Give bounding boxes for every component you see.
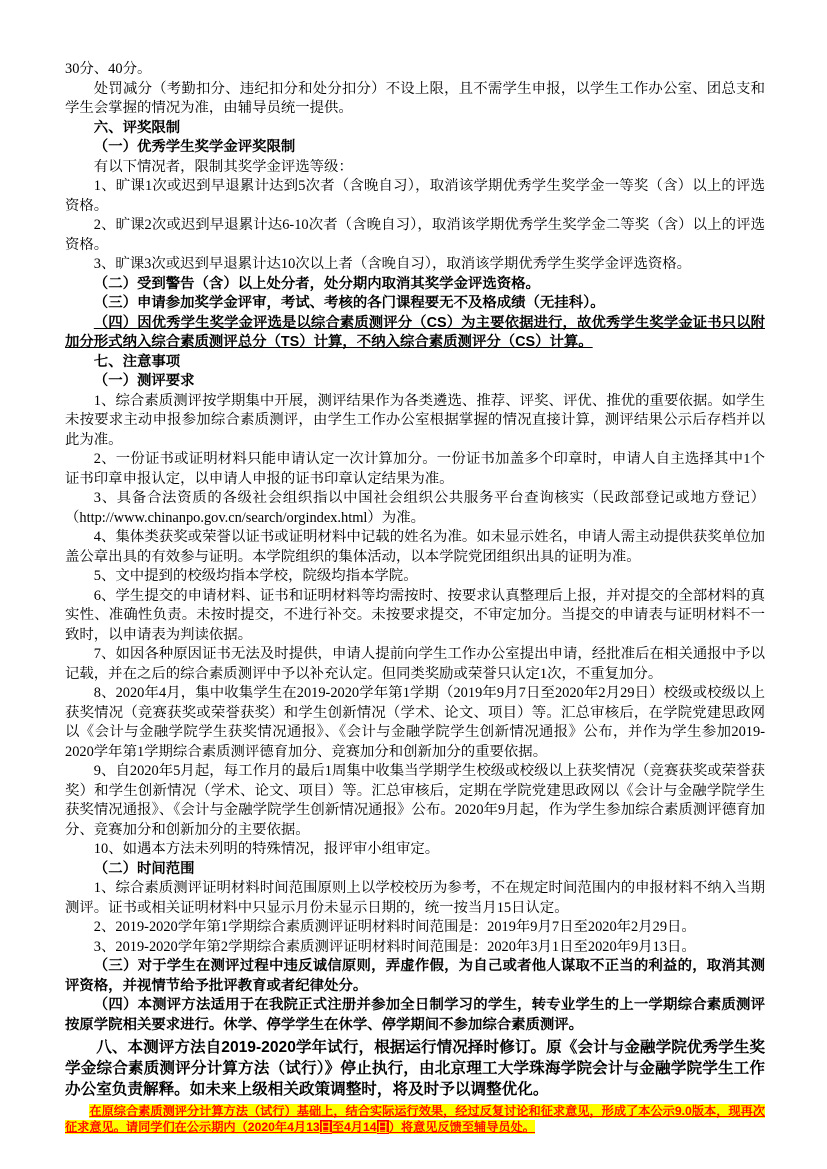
para-score-values: 30分、40分。	[65, 60, 765, 80]
para-note-8: 8、2020年4月，集中收集学生在2019-2020学年第1学期（2019年9月…	[65, 684, 765, 762]
para-applicability: （四）本测评方法适用于在我院正式注册并参加全日制学习的学生，转专业学生的上一学期…	[65, 996, 765, 1035]
para-time-3: 3、2019-2020学年第2学期综合素质测评证明材料时间范围是：2020年3月…	[65, 938, 765, 958]
notice-text-part2: 至4月14	[332, 1120, 377, 1134]
para-note-5: 5、文中提到的校级均指本学校，院级均指本学院。	[65, 567, 765, 587]
para-note-10: 10、如遇本方法未列明的特殊情况，报评审小组审定。	[65, 840, 765, 860]
para-cs-basis: （四）因优秀学生奖学金评选是以综合素质测评分（CS）为主要依据进行，故优秀学生奖…	[65, 314, 765, 353]
heading-notes: 七、注意事项	[65, 353, 765, 373]
para-note-9: 9、自2020年5月起，每工作月的最后1周集中收集当学期学生校级或校级以上获奖情…	[65, 762, 765, 840]
para-note-4: 4、集体类获奖或荣誉以证书或证明材料中记载的姓名为准。如未显示姓名，申请人需主动…	[65, 528, 765, 567]
heading-time-range: （二）时间范围	[65, 860, 765, 880]
para-note-3: 3、具备合法资质的各级社会组织指以中国社会组织公共服务平台查询核实（民政部登记或…	[65, 489, 765, 528]
para-restriction-1: 1、旷课1次或迟到早退累计达到5次者（含晚自习），取消该学期优秀学生奖学金一等奖…	[65, 177, 765, 216]
para-no-failed-courses: （三）申请参加奖学金评审，考试、考核的各门课程要无不及格成绩（无挂科）。	[65, 294, 765, 314]
para-note-6: 6、学生提交的申请材料、证书和证明材料等均需按时、按要求认真整理后上报，并对提交…	[65, 587, 765, 646]
para-time-2: 2、2019-2020学年第1学期综合素质测评证明材料时间范围是：2019年9月…	[65, 918, 765, 938]
heading-scholarship-restrictions: （一）优秀学生奖学金评奖限制	[65, 138, 765, 158]
para-restriction-3: 3、旷课3次或迟到早退累计达10次以上者（含晚自习），取消该学期优秀学生奖学金评…	[65, 255, 765, 275]
para-restriction-intro: 有以下情况者，限制其奖学金评选等级：	[65, 158, 765, 178]
heading-award-restrictions: 六、评奖限制	[65, 119, 765, 139]
para-restriction-2: 2、旷课2次或迟到早退累计达6-10次者（含晚自习），取消该学期优秀学生奖学金二…	[65, 216, 765, 255]
notice-text-part3: ）将意见反馈至辅导员处。	[389, 1120, 535, 1134]
para-note-7: 7、如因各种原因证书无法及时提供，申请人提前向学生工作办公室提出申请，经批准后在…	[65, 645, 765, 684]
document-page: 30分、40分。 处罚减分（考勤扣分、违纪扣分和处分扣分）不设上限，且不需学生申…	[0, 0, 827, 1169]
para-warning-disqualification: （二）受到警告（含）以上处分者，处分期内取消其奖学金评选资格。	[65, 275, 765, 295]
para-time-1: 1、综合素质测评证明材料时间范围原则上以学校校历为参考，不在规定时间范围内的申报…	[65, 879, 765, 918]
para-note-1: 1、综合素质测评按学期集中开展，测评结果作为各类遴选、推荐、评奖、评优、推优的重…	[65, 392, 765, 451]
notice-date-block-2: 日	[377, 1120, 389, 1134]
para-note-2: 2、一份证书或证明材料只能申请认定一次计算加分。一份证书加盖多个印章时，申请人自…	[65, 450, 765, 489]
heading-evaluation-requirements: （一）测评要求	[65, 372, 765, 392]
notice-date-block-1: 日	[320, 1120, 332, 1134]
para-penalty-deduction: 处罚减分（考勤扣分、违纪扣分和处分扣分）不设上限，且不需学生申报，以学生工作办公…	[65, 80, 765, 119]
para-integrity-violation: （三）对于学生在测评过程中违反诚信原则，弄虚作假，为自己或者他人谋取不正当的利益…	[65, 957, 765, 996]
notice-feedback: 在原综合素质测评分计算方法（试行）基础上，结合实际运行效果，经过反复讨论和征求意…	[65, 1104, 765, 1135]
para-section-8-revision: 八、本测评方法自2019-2020学年试行，根据运行情况择时修订。原《会计与金融…	[65, 1037, 765, 1100]
